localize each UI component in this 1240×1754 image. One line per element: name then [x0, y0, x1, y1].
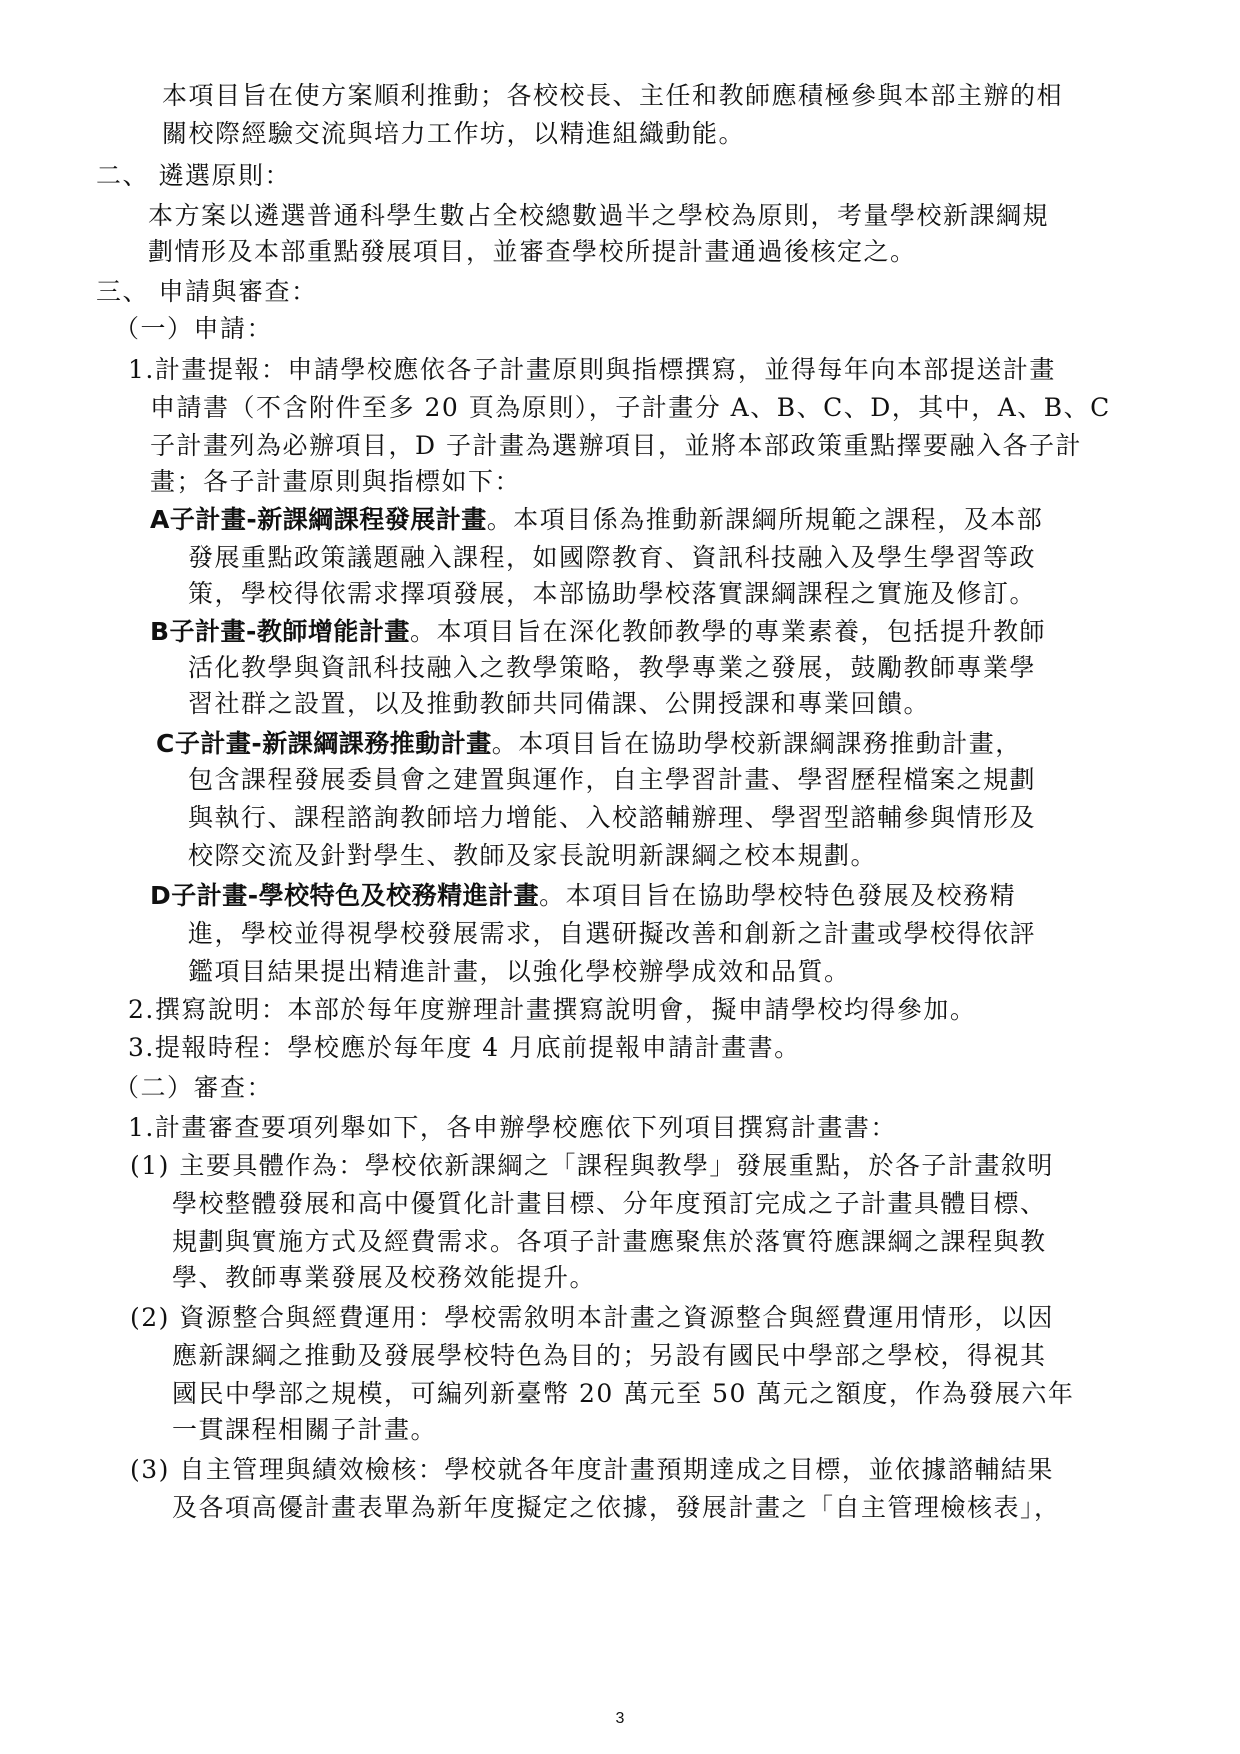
review-point-1-line-3: 規劃與實施方式及經費需求。各項子計畫應聚焦於落實符應課綱之課程與教: [172, 1226, 1047, 1258]
subplan-c-title: C子計畫-新課綱課務推動計畫: [156, 729, 492, 758]
section-2-line-1: 本方案以遴選普通科學生數占全校總數過半之學校為原則，考量學校新課綱規: [148, 200, 1049, 232]
intro-line-1: 本項目旨在使方案順利推動；各校校長、主任和教師應積極參與本部主辦的相: [162, 80, 1063, 112]
subplan-c-desc: 。本項目旨在協助學校新課綱課務推動計畫，: [492, 729, 1022, 758]
subsection-review-heading: （二）審查：: [114, 1072, 273, 1104]
subplan-b-title: B子計畫-教師增能計畫: [150, 617, 410, 646]
item-1-line-3: 子計畫列為必辦項目，D 子計畫為選辦項目，並將本部政策重點擇要融入各子計: [150, 430, 1082, 462]
subplan-d-line-2: 進，學校並得視學校發展需求，自選研擬改善和創新之計畫或學校得依評: [188, 918, 1036, 950]
subplan-b-line-2: 活化教學與資訊科技融入之教學策略，教學專業之發展，鼓勵教師專業學: [188, 652, 1036, 684]
subsection-application-heading: （一）申請：: [114, 313, 273, 345]
item-3: 3.提報時程：學校應於每年度 4 月底前提報申請計畫書。: [128, 1032, 801, 1064]
subplan-a-desc: 。本項目係為推動新課綱所規範之課程，及本部: [487, 505, 1044, 534]
review-point-1-line-2: 學校整體發展和高中優質化計畫目標、分年度預訂完成之子計畫具體目標、: [172, 1188, 1047, 1220]
subplan-b-line-3: 習社群之設置，以及推動教師共同備課、公開授課和專業回饋。: [188, 688, 930, 720]
section-2-heading: 二、 遴選原則：: [96, 160, 291, 192]
page-number: 3: [0, 1710, 1240, 1728]
review-point-2-line-3: 國民中學部之規模，可編列新臺幣 20 萬元至 50 萬元之額度，作為發展六年: [172, 1378, 1074, 1410]
subplan-a: A子計畫-新課綱課程發展計畫。本項目係為推動新課綱所規範之課程，及本部: [150, 504, 1043, 536]
subplan-a-line-2: 發展重點政策議題融入課程，如國際教育、資訊科技融入及學生學習等政: [188, 542, 1036, 574]
section-2-line-2: 劃情形及本部重點發展項目，並審查學校所提計畫通過後核定之。: [148, 236, 917, 268]
item-2: 2.撰寫說明：本部於每年度辦理計畫撰寫說明會，擬申請學校均得參加。: [128, 994, 976, 1026]
subplan-c-line-3: 與執行、課程諮詢教師培力增能、入校諮輔辦理、學習型諮輔參與情形及: [188, 802, 1036, 834]
review-point-1-line-4: 學、教師專業發展及校務效能提升。: [172, 1262, 596, 1294]
document-page: 本項目旨在使方案順利推動；各校校長、主任和教師應積極參與本部主辦的相 關校際經驗…: [0, 0, 1240, 1754]
review-point-2-line-2: 應新課綱之推動及發展學校特色為目的；另設有國民中學部之學校，得視其: [172, 1340, 1047, 1372]
subplan-b-desc: 。本項目旨在深化教師教學的專業素養，包括提升教師: [410, 617, 1046, 646]
item-1-line-2: 申請書（不含附件至多 20 頁為原則），子計畫分 A、B、C、D，其中，A、B、…: [150, 392, 1111, 424]
subplan-d-title: D子計畫-學校特色及校務精進計畫: [150, 881, 539, 910]
item-1-line-4: 畫；各子計畫原則與指標如下：: [150, 466, 521, 498]
subplan-d-line-3: 鑑項目結果提出精進計畫，以強化學校辦學成效和品質。: [188, 956, 851, 988]
review-point-3-line-1: (3) 自主管理與績效檢核：學校就各年度計畫預期達成之目標，並依據諮輔結果: [130, 1454, 1054, 1486]
subplan-c-line-4: 校際交流及針對學生、教師及家長說明新課綱之校本規劃。: [188, 840, 877, 872]
section-3-heading: 三、 申請與審查：: [96, 276, 317, 308]
subplan-a-title: A子計畫-新課綱課程發展計畫: [150, 505, 487, 534]
subplan-b: B子計畫-教師增能計畫。本項目旨在深化教師教學的專業素養，包括提升教師: [150, 616, 1046, 648]
intro-line-2: 關校際經驗交流與培力工作坊，以精進組織動能。: [162, 118, 745, 150]
review-point-2-line-4: 一貫課程相關子計畫。: [172, 1414, 437, 1446]
review-point-2-line-1: (2) 資源整合與經費運用：學校需敘明本計畫之資源整合與經費運用情形，以因: [130, 1302, 1054, 1334]
subplan-d: D子計畫-學校特色及校務精進計畫。本項目旨在協助學校特色發展及校務精: [150, 880, 1016, 912]
item-1-line-1: 1.計畫提報：申請學校應依各子計畫原則與指標撰寫，並得每年向本部提送計畫: [128, 354, 1056, 386]
subplan-c-line-2: 包含課程發展委員會之建置與運作，自主學習計畫、學習歷程檔案之規劃: [188, 764, 1036, 796]
subplan-a-line-3: 策，學校得依需求擇項發展，本部協助學校落實課綱課程之實施及修訂。: [188, 578, 1036, 610]
subplan-d-desc: 。本項目旨在協助學校特色發展及校務精: [539, 881, 1016, 910]
review-item-1: 1.計畫審查要項列舉如下，各申辦學校應依下列項目撰寫計畫書：: [128, 1112, 897, 1144]
subplan-c: C子計畫-新課綱課務推動計畫。本項目旨在協助學校新課綱課務推動計畫，: [156, 728, 1022, 760]
review-point-1-line-1: (1) 主要具體作為：學校依新課綱之「課程與教學」發展重點，於各子計畫敘明: [130, 1150, 1054, 1182]
review-point-3-line-2: 及各項高優計畫表單為新年度擬定之依據，發展計畫之「自主管理檢核表」，: [172, 1492, 1061, 1524]
